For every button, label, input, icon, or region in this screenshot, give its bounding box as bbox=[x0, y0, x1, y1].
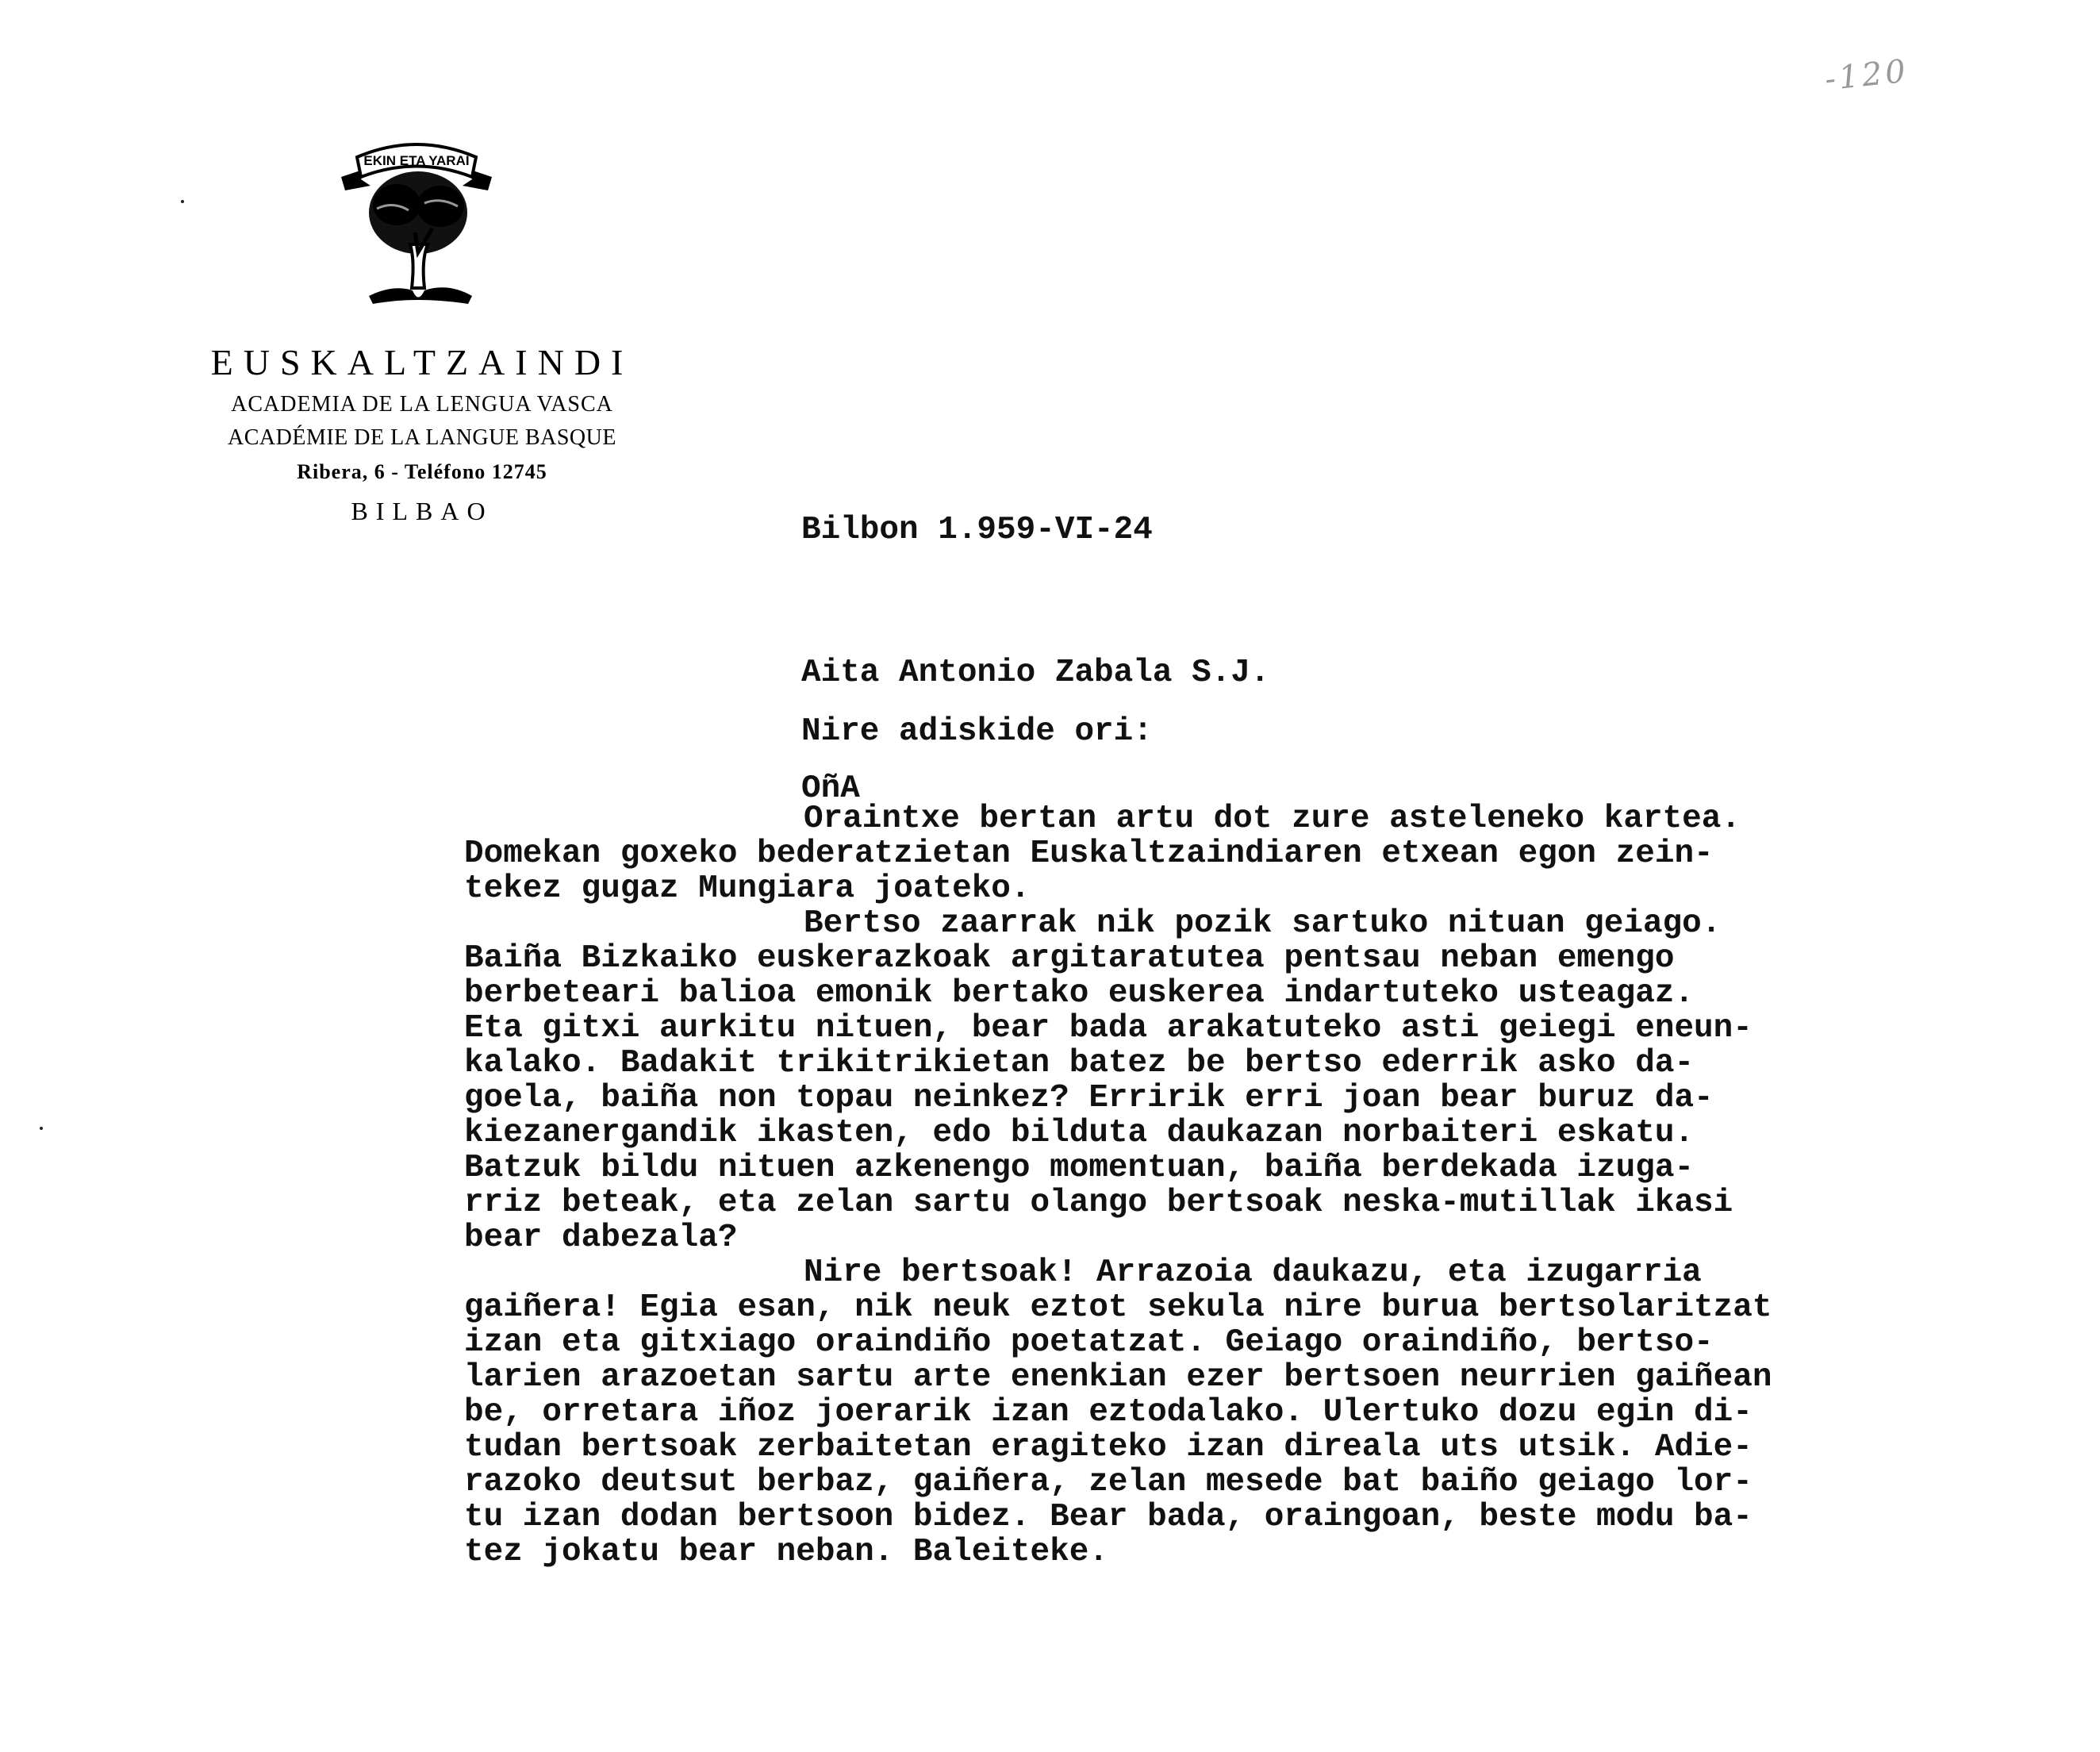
letter-body-line: Batzuk bildu nituen azkenengo momentuan,… bbox=[464, 1151, 1772, 1185]
letter-body-line: Oraintxe bertan artu dot zure asteleneko… bbox=[464, 801, 1772, 836]
letter-body-line: razoko deutsut berbaz, gaiñera, zelan me… bbox=[464, 1465, 1772, 1500]
letter-body-line: tu izan dodan bertsoon bidez. Bear bada,… bbox=[464, 1500, 1772, 1535]
academy-city: BILBAO bbox=[184, 497, 660, 526]
oak-tree-with-banner-icon: EKIN ETA YARAI bbox=[321, 133, 512, 316]
letter-body-line: berbeteari balioa emonik bertako euskere… bbox=[464, 976, 1772, 1011]
letter-body-line: kalako. Badakit trikitrikietan batez be … bbox=[464, 1046, 1772, 1081]
scan-speck bbox=[40, 1127, 43, 1130]
letter-body-line: Nire bertsoak! Arrazoia daukazu, eta izu… bbox=[464, 1255, 1772, 1290]
letter-body-line: Bertso zaarrak nik pozik sartuko nituan … bbox=[464, 906, 1772, 941]
letter-body-line: larien arazoetan sartu arte enenkian eze… bbox=[464, 1360, 1772, 1395]
letter-body-line: Eta gitxi aurkitu nituen, bear bada arak… bbox=[464, 1011, 1772, 1046]
letter-body-line: tekez gugaz Mungiara joateko. bbox=[464, 871, 1772, 906]
academy-address: Ribera, 6 - Teléfono 12745 bbox=[184, 460, 660, 484]
archive-number-mark: -120 bbox=[1823, 53, 1910, 98]
letter-salutation: Nire adiskide ori: bbox=[801, 714, 1153, 749]
letter-body: Oraintxe bertan artu dot zure asteleneko… bbox=[464, 801, 1772, 1569]
letter-body-line: kiezanergandik ikasten, edo bilduta dauk… bbox=[464, 1116, 1772, 1151]
letter-body-line: Baiña Bizkaiko euskerazkoak argitaratute… bbox=[464, 941, 1772, 976]
letter-body-line: goela, baiña non topau neinkez? Erririk … bbox=[464, 1081, 1772, 1116]
letter-body-line: bear dabezala? bbox=[464, 1220, 1772, 1255]
addressee-name: Aita Antonio Zabala S.J. bbox=[801, 655, 1270, 690]
scan-speck bbox=[181, 200, 184, 203]
letter-body-line: tez jokatu bear neban. Baleiteke. bbox=[464, 1535, 1772, 1569]
letter-date: Bilbon 1.959-VI-24 bbox=[801, 513, 1153, 547]
letter-body-line: be, orretara iñoz joerarik izan eztodala… bbox=[464, 1395, 1772, 1430]
academy-name: EUSKALTZAINDI bbox=[184, 341, 660, 383]
academy-name-french: ACADÉMIE DE LA LANGUE BASQUE bbox=[184, 425, 660, 451]
letter-body-line: Domekan goxeko bederatzietan Euskaltzain… bbox=[464, 836, 1772, 871]
letter-body-line: gaiñera! Egia esan, nik neuk eztot sekul… bbox=[464, 1290, 1772, 1325]
letter-body-line: rriz beteak, eta zelan sartu olango bert… bbox=[464, 1185, 1772, 1220]
motto-text: EKIN ETA YARAI bbox=[363, 153, 469, 168]
academy-name-spanish: ACADEMIA DE LA LENGUA VASCA bbox=[184, 392, 660, 417]
letter-body-line: izan eta gitxiago oraindiño poetatzat. G… bbox=[464, 1325, 1772, 1360]
letter-body-line: tudan bertsoak zerbaitetan eragiteko iza… bbox=[464, 1430, 1772, 1465]
